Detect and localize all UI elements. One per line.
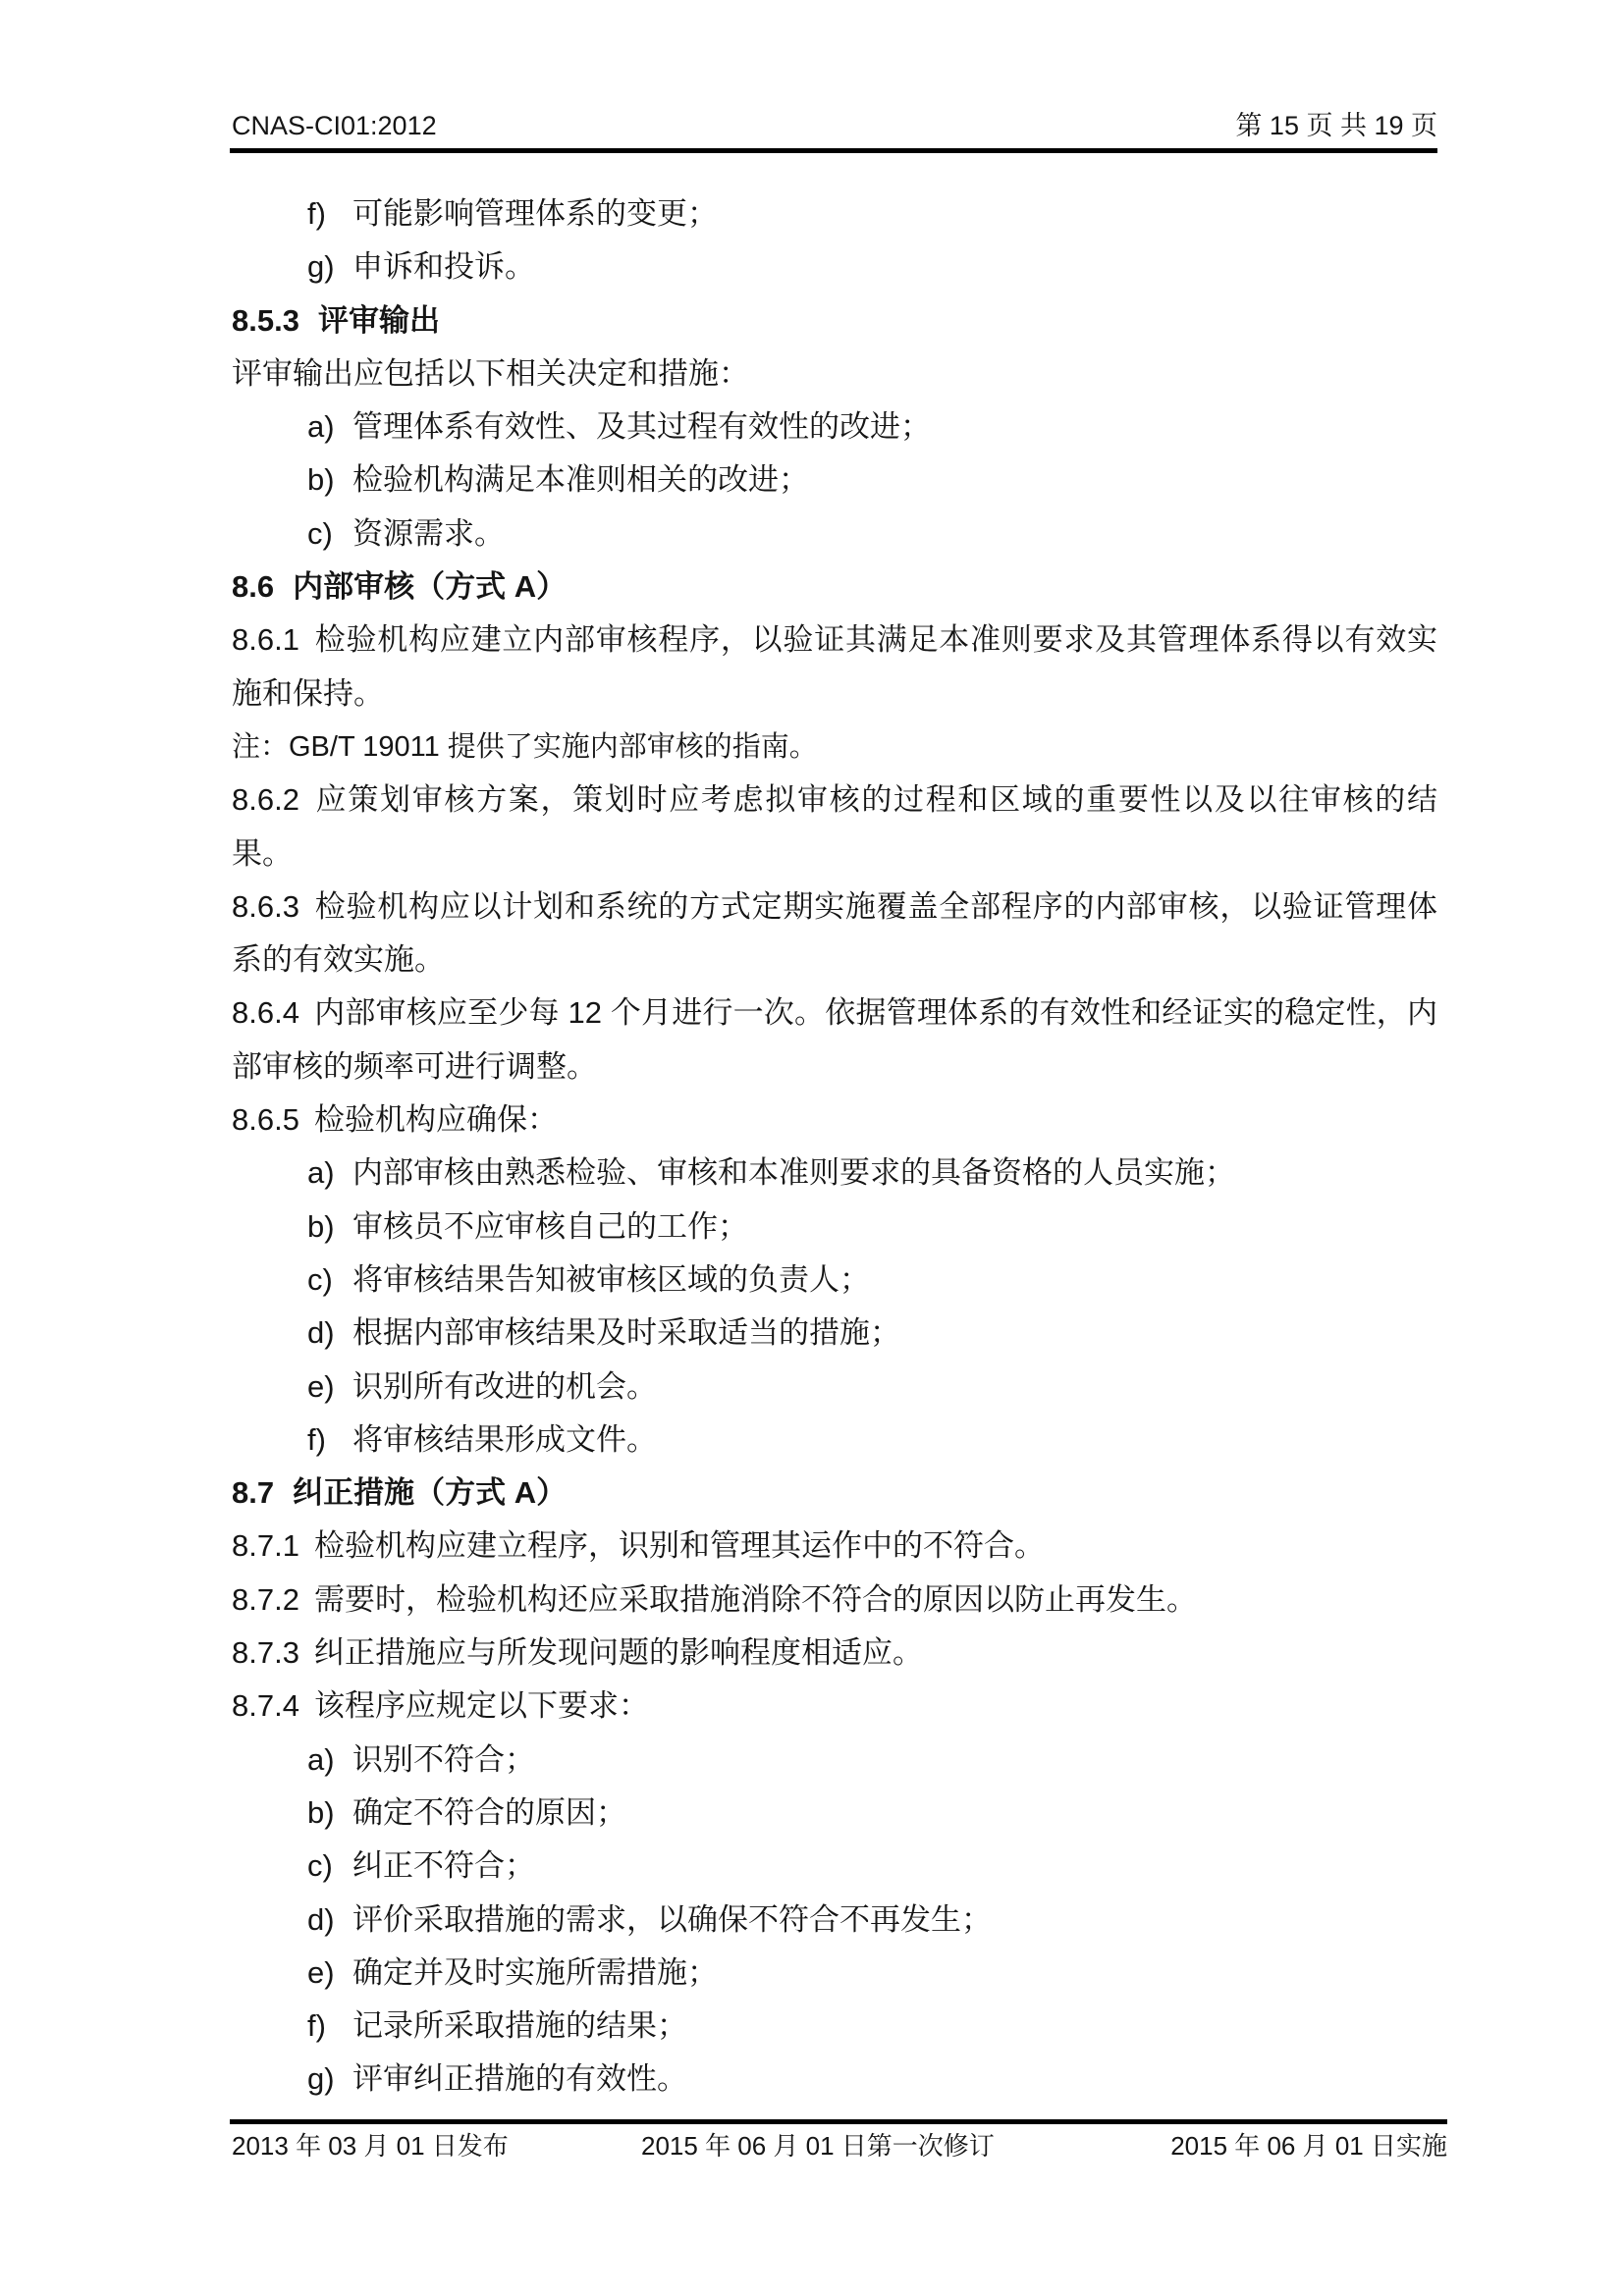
list-marker: f) <box>307 1414 352 1467</box>
section-number: 8.7.4 <box>232 1688 299 1723</box>
section-number: 8.6.3 <box>232 889 299 924</box>
paragraph: 8.6.2应策划审核方案，策划时应考虑拟审核的过程和区域的重要性以及以往审核的结… <box>232 774 1437 881</box>
list-marker: c) <box>307 1840 352 1893</box>
paragraph: 8.6.3检验机构应以计划和系统的方式定期实施覆盖全部程序的内部审核，以验证管理… <box>232 881 1437 988</box>
paragraph: 8.6.1检验机构应建立内部审核程序，以验证其满足本准则要求及其管理体系得以有效… <box>232 614 1437 721</box>
list-marker: a) <box>307 1734 352 1787</box>
section-number: 8.7.3 <box>232 1635 299 1670</box>
footer-implemented-date: 2015 年 06 月 01 日实施 <box>1170 2129 1447 2163</box>
list-item: a)识别不符合； <box>232 1734 1437 1787</box>
list-item: e)识别所有改进的机会。 <box>232 1361 1437 1414</box>
list-marker: e) <box>307 1947 352 2000</box>
section-number: 8.7.1 <box>232 1528 299 1563</box>
header-rule <box>230 148 1437 153</box>
section-heading: 8.6内部审核（方式 A） <box>232 561 1437 614</box>
paragraph: 8.6.5检验机构应确保： <box>232 1094 1437 1147</box>
paragraph: 8.7.3纠正措施应与所发现问题的影响程度相适应。 <box>232 1627 1437 1680</box>
list-marker: d) <box>307 1307 352 1360</box>
section-number: 8.5.3 <box>232 303 299 338</box>
list-marker: d) <box>307 1894 352 1947</box>
section-heading: 8.5.3评审输出 <box>232 294 1437 347</box>
list-item: b)确定不符合的原因； <box>232 1787 1437 1840</box>
list-item: a)内部审核由熟悉检验、审核和本准则要求的具备资格的人员实施； <box>232 1147 1437 1200</box>
list-item: d)评价采取措施的需求，以确保不符合不再发生； <box>232 1894 1437 1947</box>
document-page: CNAS-CI01:2012 第 15 页 共 19 页 f)可能影响管理体系的… <box>0 0 1624 2296</box>
list-item: e)确定并及时实施所需措施； <box>232 1947 1437 2000</box>
section-number: 8.6 <box>232 569 274 604</box>
list-item: d)根据内部审核结果及时采取适当的措施； <box>232 1307 1437 1360</box>
list-item: b)审核员不应审核自己的工作； <box>232 1201 1437 1254</box>
list-item: f)将审核结果形成文件。 <box>232 1414 1437 1467</box>
list-item: f)记录所采取措施的结果； <box>232 2000 1437 2053</box>
list-marker: f) <box>307 187 352 240</box>
list-item: c)将审核结果告知被审核区域的负责人； <box>232 1254 1437 1307</box>
section-number: 8.6.2 <box>232 782 299 817</box>
list-item: c)纠正不符合； <box>232 1840 1437 1893</box>
page-header: CNAS-CI01:2012 第 15 页 共 19 页 <box>232 110 1437 142</box>
list-item: f)可能影响管理体系的变更； <box>232 187 1437 240</box>
list-marker: b) <box>307 1201 352 1254</box>
list-item: g)申诉和投诉。 <box>232 240 1437 294</box>
list-marker: a) <box>307 1147 352 1200</box>
list-marker: c) <box>307 1254 352 1307</box>
list-marker: b) <box>307 1787 352 1840</box>
section-number: 8.6.5 <box>232 1102 299 1137</box>
list-marker: a) <box>307 400 352 454</box>
list-item: c)资源需求。 <box>232 507 1437 561</box>
page-footer: 2013 年 03 月 01 日发布 2015 年 06 月 01 日第一次修订… <box>232 2129 1447 2168</box>
list-item: g)评审纠正措施的有效性。 <box>232 2053 1437 2106</box>
footer-revised-date: 2015 年 06 月 01 日第一次修订 <box>641 2129 995 2163</box>
paragraph: 8.7.4该程序应规定以下要求： <box>232 1680 1437 1733</box>
footer-rule <box>230 2119 1447 2124</box>
list-marker: g) <box>307 2053 352 2106</box>
list-marker: f) <box>307 2000 352 2053</box>
paragraph: 评审输出应包括以下相关决定和措施： <box>232 347 1437 400</box>
paragraph: 8.6.4内部审核应至少每 12 个月进行一次。依据管理体系的有效性和经证实的稳… <box>232 987 1437 1094</box>
doc-code: CNAS-CI01:2012 <box>232 110 437 142</box>
list-item: b)检验机构满足本准则相关的改进； <box>232 454 1437 507</box>
list-marker: b) <box>307 454 352 507</box>
document-body: f)可能影响管理体系的变更；g)申诉和投诉。8.5.3评审输出评审输出应包括以下… <box>232 187 1437 2107</box>
paragraph: 8.7.1检验机构应建立程序，识别和管理其运作中的不符合。 <box>232 1520 1437 1573</box>
list-marker: e) <box>307 1361 352 1414</box>
section-number: 8.7.2 <box>232 1582 299 1617</box>
footer-issued-date: 2013 年 03 月 01 日发布 <box>232 2129 509 2163</box>
paragraph: 8.7.2需要时，检验机构还应采取措施消除不符合的原因以防止再发生。 <box>232 1574 1437 1627</box>
list-marker: g) <box>307 240 352 294</box>
note-paragraph: 注：GB/T 19011 提供了实施内部审核的指南。 <box>232 721 1437 774</box>
section-heading: 8.7纠正措施（方式 A） <box>232 1467 1437 1520</box>
page-number: 第 15 页 共 19 页 <box>1235 110 1437 142</box>
section-number: 8.7 <box>232 1475 274 1510</box>
section-number: 8.6.4 <box>232 995 299 1030</box>
section-number: 8.6.1 <box>232 622 299 657</box>
list-item: a)管理体系有效性、及其过程有效性的改进； <box>232 400 1437 454</box>
list-marker: c) <box>307 507 352 561</box>
